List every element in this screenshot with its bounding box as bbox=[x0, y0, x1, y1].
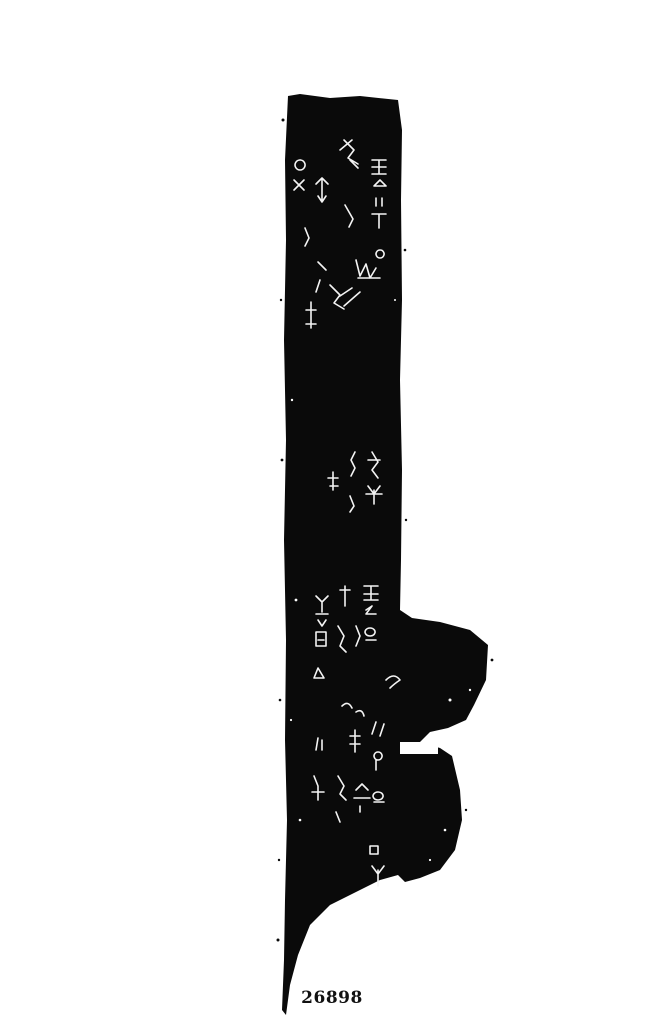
bone-notch bbox=[400, 742, 438, 754]
catalog-number: 26898 bbox=[0, 988, 664, 1008]
bone-fragment-main bbox=[282, 94, 488, 1015]
oracle-bone-rubbing bbox=[0, 0, 664, 1024]
